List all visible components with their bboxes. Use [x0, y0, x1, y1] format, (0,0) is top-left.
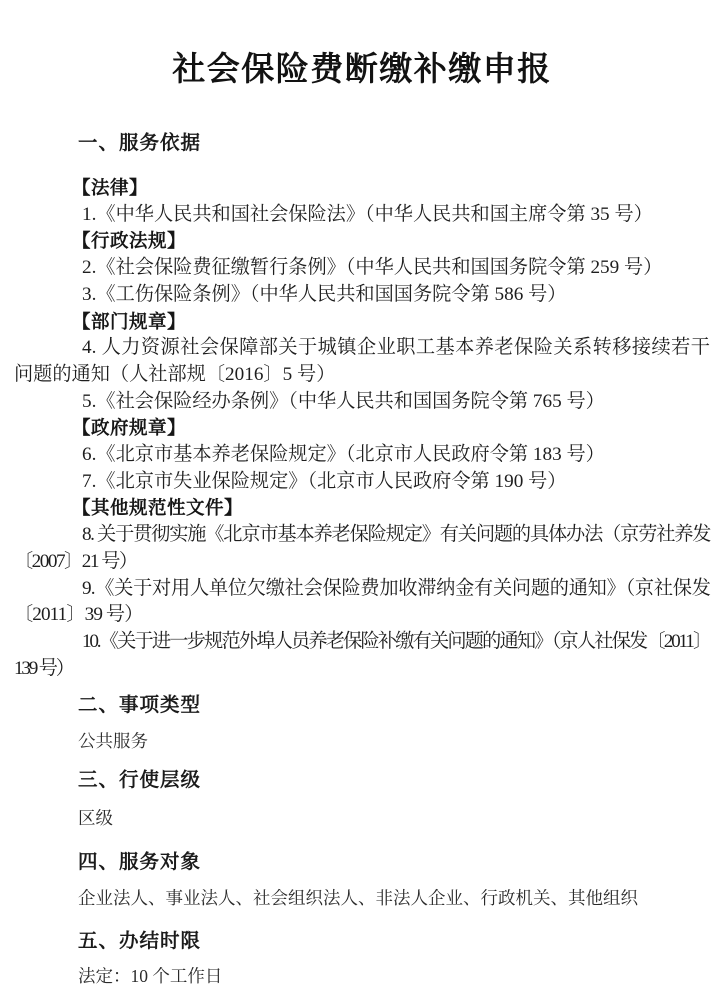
legal-group-label-law: 【法律】 [14, 175, 710, 202]
legal-item-9: 9.《关于对用人单位欠缴社会保险费加收滞纳金有关问题的通知》（京社保发〔2011… [14, 576, 710, 629]
section-heading-service-target: 四、服务对象 [0, 851, 724, 873]
legal-group-label-government-rules: 【政府规章】 [14, 415, 710, 442]
document-page: 社会保险费断缴补缴申报 一、服务依据 【法律】 1.《中华人民共和国社会保险法》… [0, 0, 724, 1000]
legal-group-label-administrative-regulations: 【行政法规】 [14, 228, 710, 255]
legal-item-7: 7.《北京市失业保险规定》（北京市人民政府令第 190 号） [14, 469, 710, 496]
legal-item-4: 4. 人力资源社会保障部关于城镇企业职工基本养老保险关系转移接续若干问题的通知（… [14, 335, 710, 388]
section-content-item-type: 公共服务 [0, 731, 724, 751]
legal-group-label-other-normative-documents: 【其他规范性文件】 [14, 495, 710, 522]
section-heading-service-basis: 一、服务依据 [0, 132, 724, 154]
legal-group-label-departmental-rules: 【部门规章】 [14, 309, 710, 336]
legal-item-10: 10.《关于进一步规范外埠人员养老保险补缴有关问题的通知》（京人社保发〔2011… [14, 629, 710, 682]
section-heading-completion-limit: 五、办结时限 [0, 930, 724, 952]
legal-item-8: 8. 关于贯彻实施《北京市基本养老保险规定》有关问题的具体办法（京劳社养发〔20… [14, 522, 710, 575]
section-content-service-target: 企业法人、事业法人、社会组织法人、非法人企业、行政机关、其他组织 [0, 888, 724, 908]
legal-item-3: 3.《工伤保险条例》（中华人民共和国国务院令第 586 号） [14, 282, 710, 309]
section-content-completion-limit: 法定：10 个工作日 [0, 966, 724, 986]
section-heading-exercise-level: 三、行使层级 [0, 769, 724, 791]
legal-item-6: 6.《北京市基本养老保险规定》（北京市人民政府令第 183 号） [14, 442, 710, 469]
document-title: 社会保险费断缴补缴申报 [0, 0, 724, 90]
legal-item-5: 5.《社会保险经办条例》（中华人民共和国国务院令第 765 号） [14, 389, 710, 416]
section-content-exercise-level: 区级 [0, 808, 724, 828]
section-heading-item-type: 二、事项类型 [0, 694, 724, 716]
legal-basis-list: 【法律】 1.《中华人民共和国社会保险法》（中华人民共和国主席令第 35 号） … [0, 175, 724, 682]
legal-item-1: 1.《中华人民共和国社会保险法》（中华人民共和国主席令第 35 号） [14, 202, 710, 229]
legal-item-2: 2.《社会保险费征缴暂行条例》（中华人民共和国国务院令第 259 号） [14, 255, 710, 282]
